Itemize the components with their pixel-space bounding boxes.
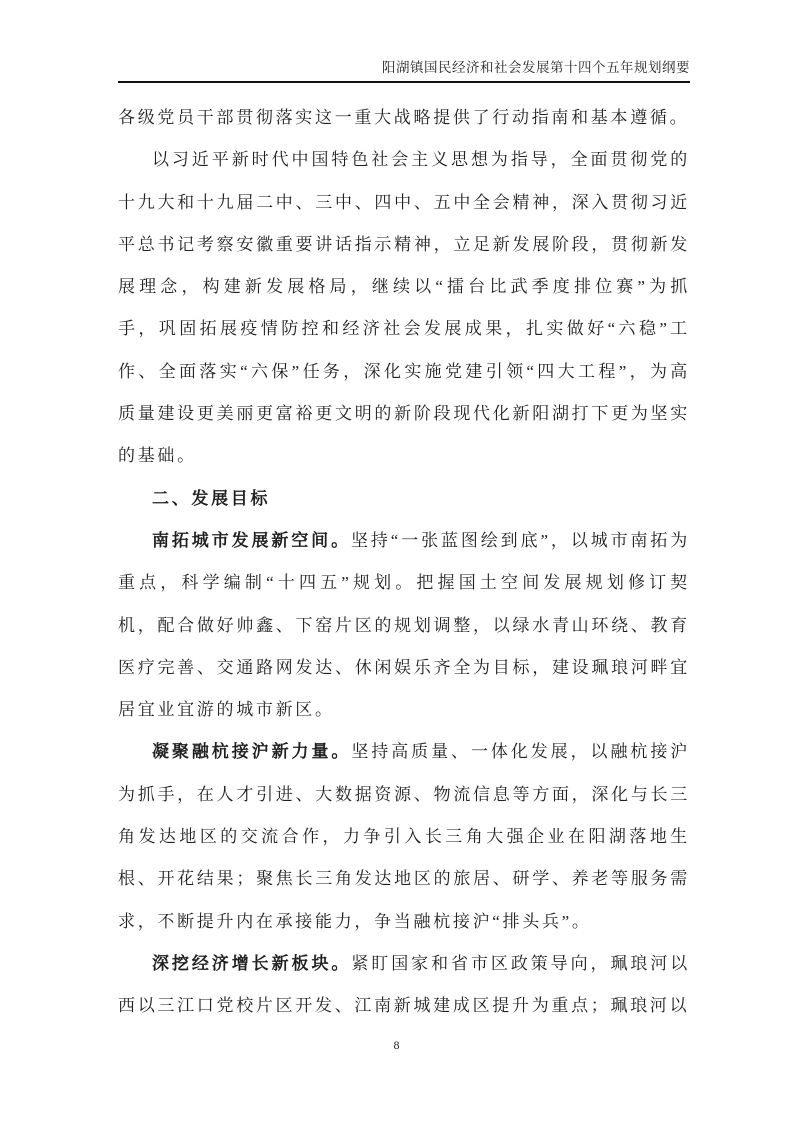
header-title: 阳湖镇国民经济和社会发展第十四个五年规划纲要 [118, 56, 690, 76]
paragraph: 南拓城市发展新空间。坚持“一张蓝图绘到底”，以城市南拓为重点，科学编制“十四五”… [118, 520, 690, 731]
document-body: 各级党员干部贯彻落实这一重大战略提供了行动指南和基本遵循。 以习近平新时代中国特… [118, 97, 690, 1028]
paragraph: 深挖经济增长新板块。紧盯国家和省市区政策导向，珮琅河以西以三江口党校片区开发、江… [118, 943, 690, 1028]
paragraph-text: 坚持“一张蓝图绘到底”，以城市南拓为重点，科学编制“十四五”规划。把握国土空间发… [118, 531, 690, 719]
paragraph-text: 坚持高质量、一体化发展，以融杭接沪为抓手，在人才引进、大数据资源、物流信息等方面… [118, 742, 690, 930]
paragraph-continuation: 各级党员干部贯彻落实这一重大战略提供了行动指南和基本遵循。 [118, 97, 690, 139]
section-heading: 二、发展目标 [118, 478, 690, 520]
document-page: 阳湖镇国民经济和社会发展第十四个五年规划纲要 各级党员干部贯彻落实这一重大战略提… [0, 0, 793, 1122]
page-header: 阳湖镇国民经济和社会发展第十四个五年规划纲要 [118, 56, 690, 83]
paragraph: 以习近平新时代中国特色社会主义思想为指导，全面贯彻党的十九大和十九届二中、三中、… [118, 139, 690, 477]
paragraph: 凝聚融杭接沪新力量。坚持高质量、一体化发展，以融杭接沪为抓手，在人才引进、大数据… [118, 731, 690, 942]
page-number: 8 [394, 1038, 400, 1052]
paragraph-lead: 凝聚融杭接沪新力量。 [152, 742, 351, 761]
paragraph-lead: 深挖经济增长新板块。 [152, 954, 351, 973]
page-footer: 8 [0, 1036, 793, 1054]
paragraph-lead: 南拓城市发展新空间。 [152, 531, 351, 550]
